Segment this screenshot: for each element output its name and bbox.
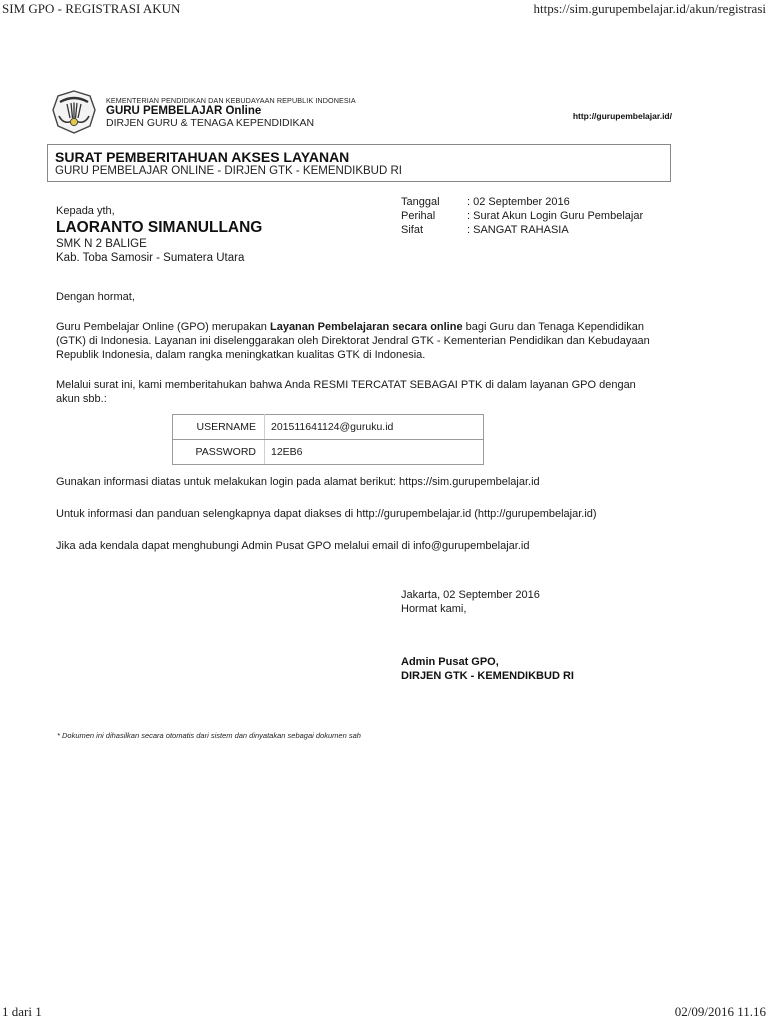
closing: Hormat kami, [401, 602, 540, 616]
document-subtitle: GURU PEMBELAJAR ONLINE - DIRJEN GTK - KE… [55, 165, 663, 178]
meta-label: Perihal [401, 209, 467, 223]
signoff-block: Jakarta, 02 September 2016 Hormat kami, [401, 588, 540, 616]
place-date: Jakarta, 02 September 2016 [401, 588, 540, 602]
website-link[interactable]: http://gurupembelajar.id/ [573, 111, 672, 121]
letterhead-text: KEMENTERIAN PENDIDIKAN DAN KEBUDAYAAN RE… [106, 96, 356, 129]
intro-text: Guru Pembelajar Online (GPO) merupakan [56, 321, 270, 333]
app-name: GURU PEMBELAJAR Online [106, 105, 356, 117]
ministry-name: KEMENTERIAN PENDIDIKAN DAN KEBUDAYAAN RE… [106, 96, 356, 105]
print-page-title: SIM GPO - REGISTRASI AKUN [2, 1, 180, 17]
document-title: SURAT PEMBERITAHUAN AKSES LAYANAN [55, 149, 663, 165]
print-footer: 1 dari 1 02/09/2016 11.16 [0, 1002, 768, 1024]
password-value: 12EB6 [265, 440, 484, 465]
department-name: DIRJEN GURU & TENAGA KEPENDIDIKAN [106, 117, 356, 129]
meta-value: : SANGAT RAHASIA [467, 223, 569, 237]
guide-info: Untuk informasi dan panduan selengkapnya… [56, 507, 656, 521]
meta-label: Sifat [401, 223, 467, 237]
letter-meta: Tanggal : 02 September 2016 Perihal : Su… [401, 195, 643, 237]
meta-row-subject: Perihal : Surat Akun Login Guru Pembelaj… [401, 209, 643, 223]
username-value: 201511641124@guruku.id [265, 415, 484, 440]
contact-info: Jika ada kendala dapat menghubungi Admin… [56, 539, 656, 553]
recipient-block: Kepada yth, LAORANTO SIMANULLANG SMK N 2… [56, 205, 262, 265]
account-table: USERNAME 201511641124@guruku.id PASSWORD… [172, 414, 484, 465]
password-label: PASSWORD [173, 440, 265, 465]
salutation: Dengan hormat, [56, 290, 656, 304]
print-header: SIM GPO - REGISTRASI AKUN https://sim.gu… [0, 0, 768, 20]
title-box: SURAT PEMBERITAHUAN AKSES LAYANAN GURU P… [47, 144, 671, 182]
meta-row-nature: Sifat : SANGAT RAHASIA [401, 223, 643, 237]
table-row: USERNAME 201511641124@guruku.id [173, 415, 484, 440]
login-info: Gunakan informasi diatas untuk melakukan… [56, 475, 656, 489]
recipient-school: SMK N 2 BALIGE [56, 237, 262, 251]
username-label: USERNAME [173, 415, 265, 440]
intro-paragraph: Guru Pembelajar Online (GPO) merupakan L… [56, 320, 656, 362]
recipient-greeting: Kepada yth, [56, 205, 262, 218]
intro-highlight: Layanan Pembelajaran secara online [270, 321, 463, 333]
signer: Admin Pusat GPO, [401, 655, 574, 669]
notice-paragraph: Melalui surat ini, kami memberitahukan b… [56, 378, 656, 406]
signature-block: Admin Pusat GPO, DIRJEN GTK - KEMENDIKBU… [401, 655, 574, 683]
tut-wuri-handayani-emblem-icon [50, 88, 98, 136]
signer-org: DIRJEN GTK - KEMENDIKBUD RI [401, 669, 574, 683]
table-row: PASSWORD 12EB6 [173, 440, 484, 465]
recipient-location: Kab. Toba Samosir - Sumatera Utara [56, 251, 262, 265]
page-count: 1 dari 1 [2, 1004, 42, 1020]
meta-value: : 02 September 2016 [467, 195, 570, 209]
meta-row-date: Tanggal : 02 September 2016 [401, 195, 643, 209]
print-page-url: https://sim.gurupembelajar.id/akun/regis… [533, 1, 766, 17]
print-datetime: 02/09/2016 11.16 [675, 1004, 766, 1020]
disclaimer: * Dokumen ini dihasilkan secara otomatis… [57, 731, 361, 740]
meta-value: : Surat Akun Login Guru Pembelajar [467, 209, 643, 223]
recipient-name: LAORANTO SIMANULLANG [56, 219, 262, 237]
meta-label: Tanggal [401, 195, 467, 209]
letterhead: KEMENTERIAN PENDIDIKAN DAN KEBUDAYAAN RE… [50, 88, 674, 136]
